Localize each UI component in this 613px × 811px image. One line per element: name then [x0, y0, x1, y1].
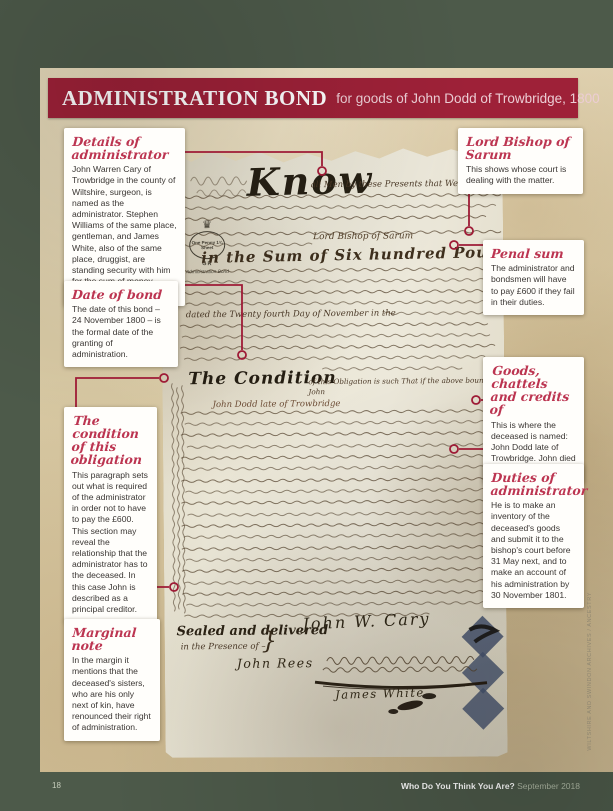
issue-date: September 2018 [517, 781, 580, 791]
magazine-page: ADMINISTRATION BOND for goods of John Do… [0, 0, 613, 811]
ink-smudge [388, 709, 398, 714]
callout-body: This shows whose court is dealing with t… [466, 164, 575, 186]
seal-diamond [462, 688, 504, 730]
callout-heading: Details of administrator [71, 135, 178, 161]
callout-body: In the margin it mentions that the decea… [72, 655, 152, 733]
callout-heading: Goods, chattels and credits of [489, 364, 578, 417]
callout-heading: The condition of this obligation [70, 414, 151, 467]
document-brace: } [262, 627, 278, 655]
title-banner: ADMINISTRATION BOND for goods of John Do… [48, 78, 578, 118]
document-condition-line: of this Obligation is such That if the a… [308, 376, 500, 397]
footer-magazine-line: Who Do You Think You Are? September 2018 [401, 781, 580, 791]
callout-heading: Duties of administrator [490, 471, 577, 497]
page-number: 18 [52, 781, 61, 790]
signature-john-rees: John Rees [237, 655, 314, 671]
callout-heading: Marginal note [71, 626, 153, 652]
callout-lord-bishop-of-sarum: Lord Bishop of Sarum This shows whose co… [458, 128, 583, 194]
callout-condition-of-obligation: The condition of this obligation This pa… [64, 407, 157, 622]
document-date-line: dated the Twenty fourth Day of November … [186, 308, 396, 320]
callout-body: He is to make an inventory of the deceas… [491, 500, 576, 601]
callout-heading: Date of bond [72, 288, 171, 301]
document-deceased-line: John Dodd late of Trowbridge [213, 399, 341, 410]
ink-smudge [397, 699, 424, 712]
photo-credit: WILTSHIRE AND SWINDON ARCHIVES / ANCESTR… [587, 592, 593, 751]
callout-body: The date of this bond – 24 November 1800… [72, 304, 170, 360]
callout-heading: Lord Bishop of Sarum [465, 135, 576, 161]
callout-body: John Warren Cary of Trowbridge in the co… [72, 164, 177, 298]
callout-date-of-bond: Date of bond The date of this bond – 24 … [64, 281, 178, 367]
bond-document-photo: ♛ One Penny 1¾ Sheet GR Administration B… [160, 145, 507, 760]
callout-details-of-administrator: Details of administrator John Warren Car… [64, 128, 185, 306]
callout-body: The administrator and bondsmen will have… [491, 263, 576, 308]
callout-duties-of-administrator: Duties of administrator He is to make an… [483, 464, 584, 608]
signature-james-white: James White [335, 685, 425, 701]
document-bishop-line: Lord Bishop of Sarum [313, 231, 413, 242]
callout-body: This paragraph sets out what is required… [72, 470, 149, 616]
crown-icon: ♛ [202, 219, 212, 230]
document-presence-line: in the Presence of – [181, 642, 266, 653]
page-subtitle: for goods of John Dodd of Trowbridge, 18… [336, 91, 599, 106]
magazine-name: Who Do You Think You Are? [401, 781, 515, 791]
callout-marginal-note: Marginal note In the margin it mentions … [64, 619, 160, 741]
callout-penal-sum: Penal sum The administrator and bondsmen… [483, 240, 584, 315]
page-title: ADMINISTRATION BOND [62, 86, 327, 111]
stamp-label: Administration Bond [186, 270, 229, 275]
callout-heading: Penal sum [491, 247, 577, 260]
